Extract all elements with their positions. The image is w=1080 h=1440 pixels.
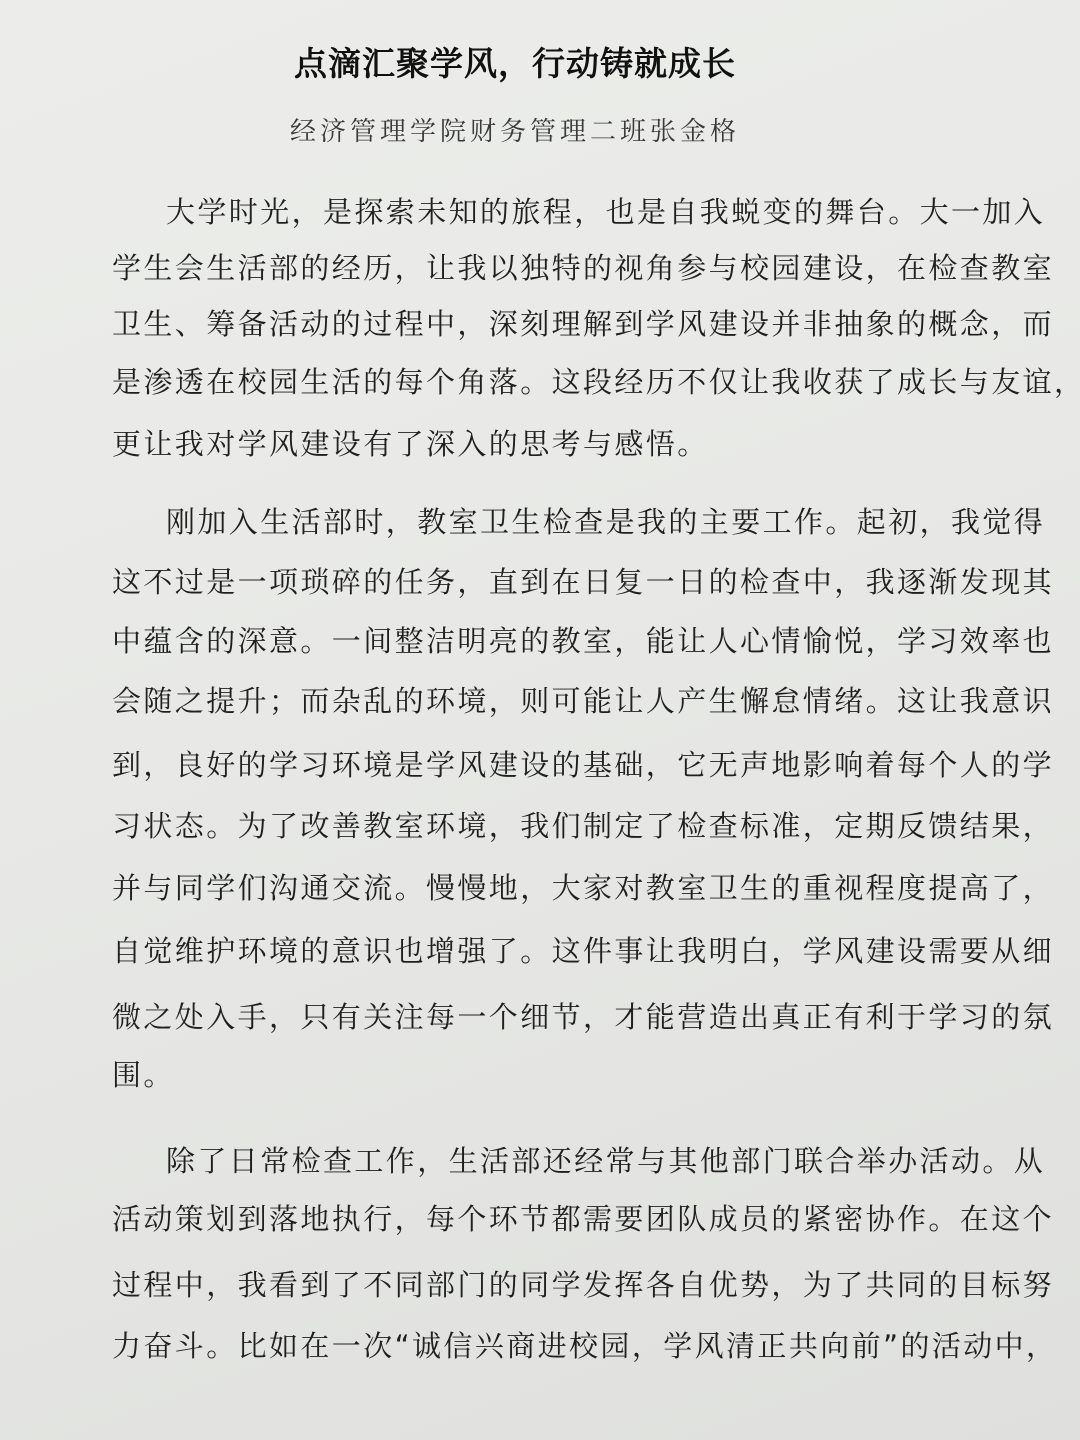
- paragraph-3: 除了日常检查工作，生活部还经常与其他部门联合举办活动。从 活动策划到落地执行，每…: [0, 0, 1080, 1440]
- paragraph-line: 力奋斗。比如在一次“诚信兴商进校园，学风清正共向前”的活动中，: [112, 1326, 932, 1366]
- document-page: 点滴汇聚学风，行动铸就成长 经济管理学院财务管理二班张金格 大学时光，是探索未知…: [0, 0, 1080, 1440]
- paragraph-line: 活动策划到落地执行，每个环节都需要团队成员的紧密协作。在这个: [112, 1199, 932, 1239]
- paragraph-line: 除了日常检查工作，生活部还经常与其他部门联合举办活动。从: [166, 1141, 932, 1181]
- paragraph-line: 过程中，我看到了不同部门的同学发挥各自优势，为了共同的目标努: [112, 1265, 932, 1305]
